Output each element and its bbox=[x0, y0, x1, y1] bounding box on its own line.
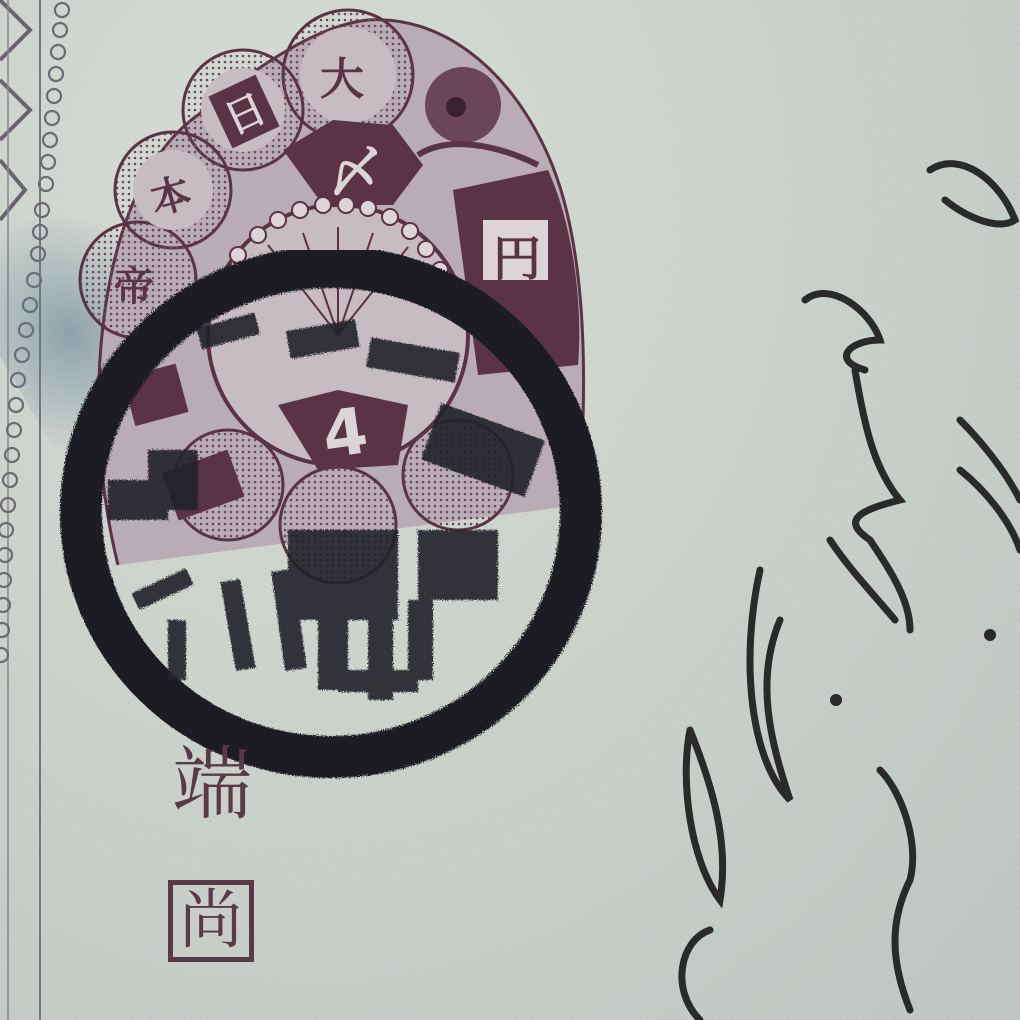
postmark-cancellation bbox=[48, 250, 618, 780]
stamp-char-dai: 大 bbox=[320, 43, 364, 107]
stamp-center-emblem: 〆 bbox=[328, 130, 382, 207]
postcard-photo: 大 日 本 帝 〆 円 4 bbox=[0, 0, 1020, 1020]
handwritten-script bbox=[640, 140, 1020, 1020]
printed-character-hashi: 端 bbox=[172, 745, 252, 825]
printed-boxed-character: 尚 bbox=[168, 880, 254, 962]
